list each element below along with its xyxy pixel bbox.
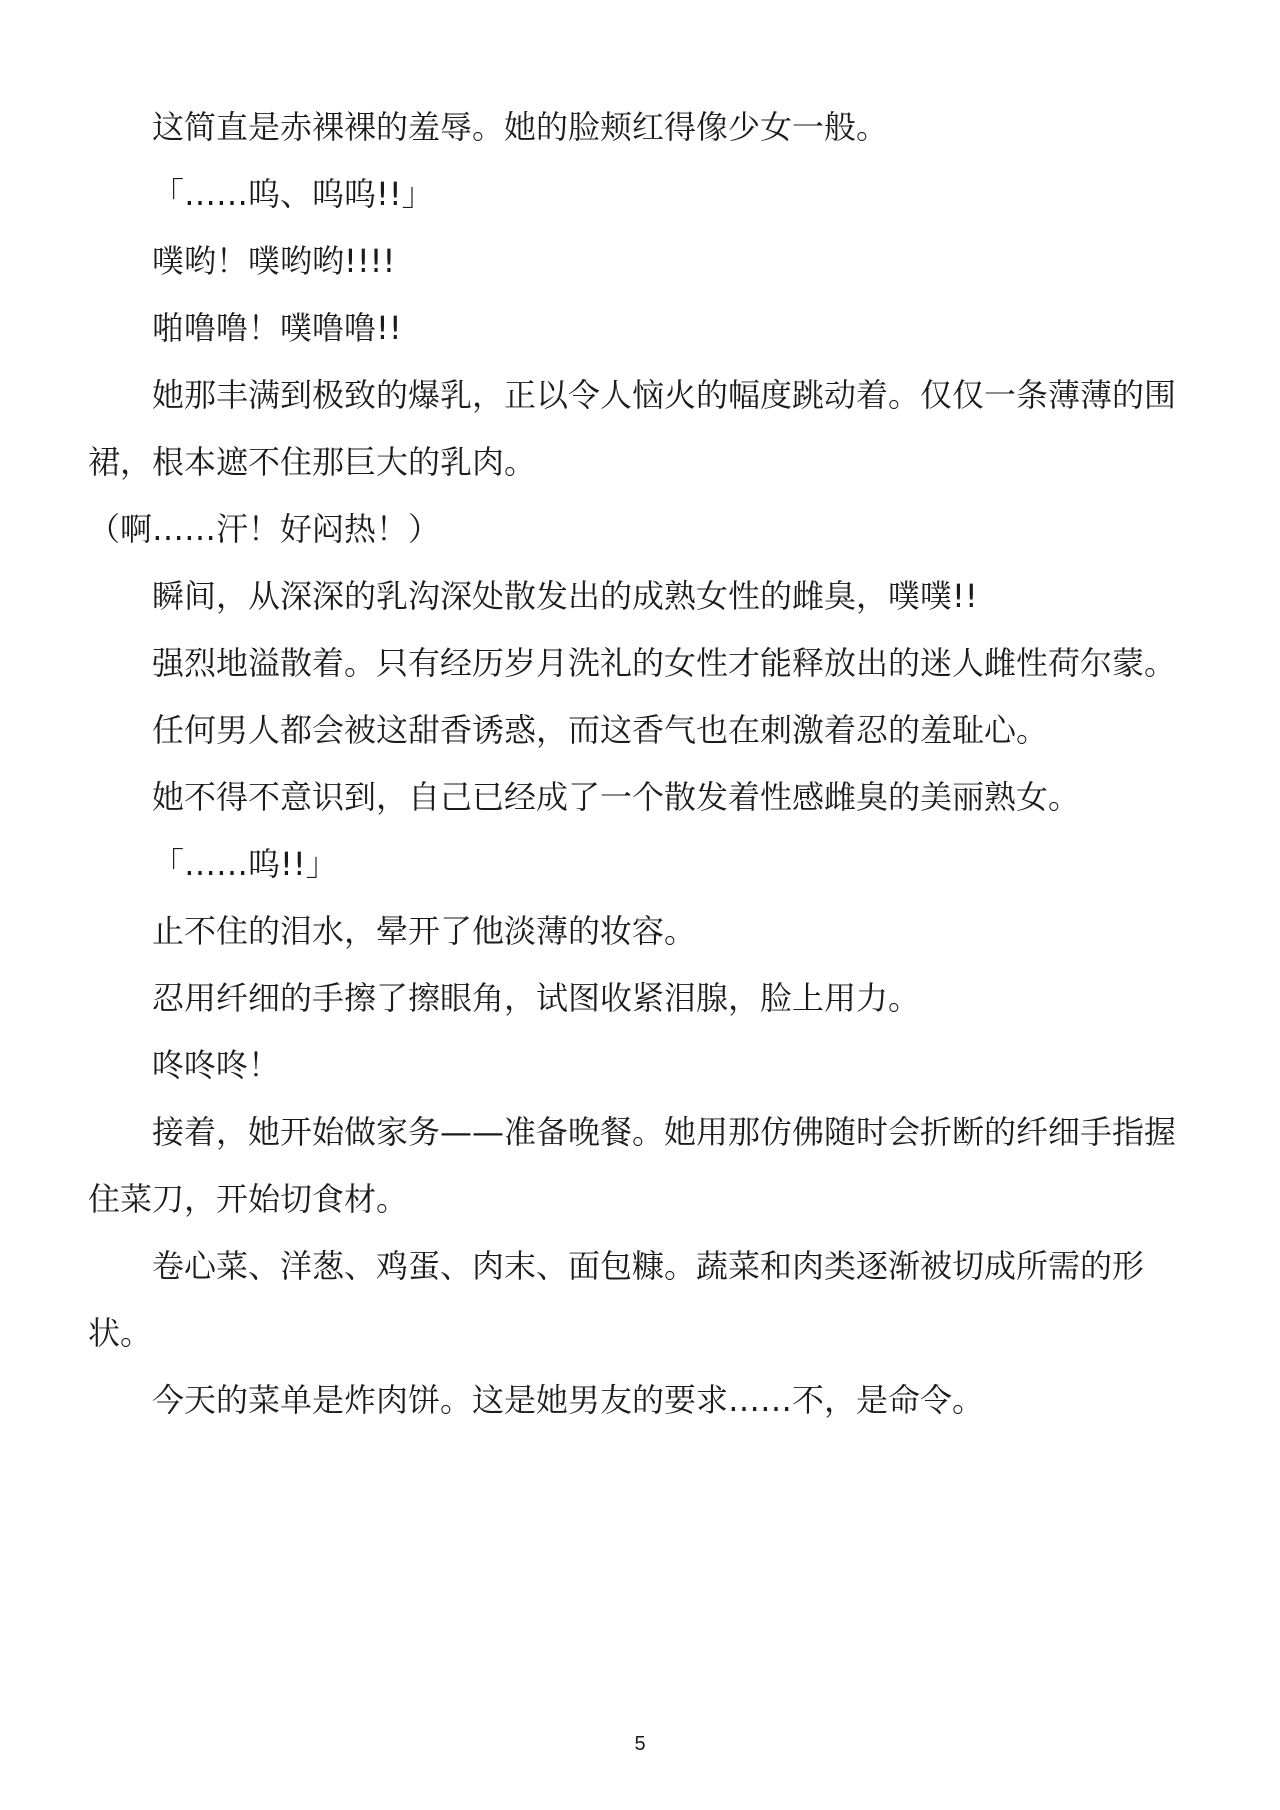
document-body: 这简直是赤裸裸的羞辱。她的脸颊红得像少女一般。「……呜、呜呜!!」噗哟！噗哟哟!… — [88, 94, 1188, 1434]
paragraph: 咚咚咚！ — [88, 1032, 1188, 1099]
paragraph: 她不得不意识到，自己已经成了一个散发着性感雌臭的美丽熟女。 — [88, 764, 1188, 831]
page-number: 5 — [0, 1732, 1280, 1756]
paragraph: 这简直是赤裸裸的羞辱。她的脸颊红得像少女一般。 — [88, 94, 1188, 161]
paragraph: 强烈地溢散着。只有经历岁月洗礼的女性才能释放出的迷人雌性荷尔蒙。 — [88, 630, 1188, 697]
paragraph: 「……呜!!」 — [88, 831, 1188, 898]
paragraph: 今天的菜单是炸肉饼。这是她男友的要求……不，是命令。 — [88, 1367, 1188, 1434]
paragraph: 她那丰满到极致的爆乳，正以令人恼火的幅度跳动着。仅仅一条薄薄的围裙，根本遮不住那… — [88, 362, 1188, 496]
document-page: 这简直是赤裸裸的羞辱。她的脸颊红得像少女一般。「……呜、呜呜!!」噗哟！噗哟哟!… — [0, 0, 1280, 1810]
paragraph: （啊……汗！好闷热！） — [88, 496, 1188, 563]
paragraph: 接着，她开始做家务——准备晚餐。她用那仿佛随时会折断的纤细手指握住菜刀，开始切食… — [88, 1099, 1188, 1233]
paragraph: 噗哟！噗哟哟!!!! — [88, 228, 1188, 295]
paragraph: 瞬间，从深深的乳沟深处散发出的成熟女性的雌臭，噗噗!! — [88, 563, 1188, 630]
paragraph: 「……呜、呜呜!!」 — [88, 161, 1188, 228]
paragraph: 止不住的泪水，晕开了他淡薄的妆容。 — [88, 898, 1188, 965]
paragraph: 任何男人都会被这甜香诱惑，而这香气也在刺激着忍的羞耻心。 — [88, 697, 1188, 764]
paragraph: 卷心菜、洋葱、鸡蛋、肉末、面包糠。蔬菜和肉类逐渐被切成所需的形状。 — [88, 1233, 1188, 1367]
paragraph: 忍用纤细的手擦了擦眼角，试图收紧泪腺，脸上用力。 — [88, 965, 1188, 1032]
paragraph: 啪噜噜！噗噜噜!! — [88, 295, 1188, 362]
